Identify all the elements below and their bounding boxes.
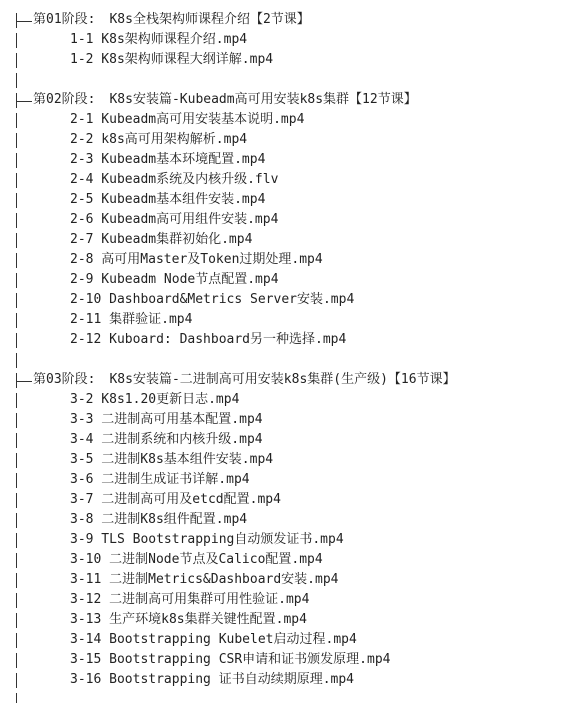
tree-line-icon — [16, 53, 17, 68]
list-item: 2-3 Kubeadm基本环境配置.mp4 — [13, 150, 573, 170]
lesson-file: 3-3 二进制高可用基本配置.mp4 — [70, 410, 263, 430]
lesson-file: 3-8 二进制K8s组件配置.mp4 — [70, 510, 247, 530]
tree-line-icon — [16, 633, 17, 648]
list-item: 2-5 Kubeadm基本组件安装.mp4 — [13, 190, 573, 210]
list-item: 3-4 二进制系统和内核升级.mp4 — [13, 430, 573, 450]
list-item: 3-13 生产环境k8s集群关键性配置.mp4 — [13, 610, 573, 630]
lesson-file: 2-9 Kubeadm Node节点配置.mp4 — [70, 270, 279, 290]
list-item: 2-11 集群验证.mp4 — [13, 310, 573, 330]
lesson-file: 2-6 Kubeadm高可用组件安装.mp4 — [70, 210, 278, 230]
lesson-file: 2-12 Kuboard: Dashboard另一种选择.mp4 — [70, 330, 346, 350]
lesson-file: 1-1 K8s架构师课程介绍.mp4 — [70, 30, 247, 50]
list-item: 2-4 Kubeadm系统及内核升级.flv — [13, 170, 573, 190]
list-item: 2-7 Kubeadm集群初始化.mp4 — [13, 230, 573, 250]
tree-branch-icon — [16, 373, 17, 388]
tree-line-icon — [16, 513, 17, 528]
list-item: 3-11 二进制Metrics&Dashboard安装.mp4 — [13, 570, 573, 590]
lesson-file: 2-2 k8s高可用架构解析.mp4 — [70, 130, 247, 150]
list-item: 3-14 Bootstrapping Kubelet启动过程.mp4 — [13, 630, 573, 650]
list-item: 2-8 高可用Master及Token过期处理.mp4 — [13, 250, 573, 270]
tree-line-icon — [16, 493, 17, 508]
tree-spacer — [13, 690, 573, 703]
stage-label: 第02阶段: — [33, 92, 95, 107]
tree-line-icon — [16, 153, 17, 168]
tree-branch-icon — [16, 93, 17, 108]
tree-line-icon — [16, 593, 17, 608]
tree-line-icon — [16, 193, 17, 208]
list-item: 3-12 二进制高可用集群可用性验证.mp4 — [13, 590, 573, 610]
tree-line-icon — [16, 613, 17, 628]
lesson-file: 3-16 Bootstrapping 证书自动续期原理.mp4 — [70, 670, 354, 690]
tree-line-icon — [16, 353, 17, 368]
tree-line-icon — [16, 173, 17, 188]
tree-line-icon — [16, 273, 17, 288]
lesson-file: 3-13 生产环境k8s集群关键性配置.mp4 — [70, 610, 307, 630]
stage-title: K8s全栈架构师课程介绍【2节课】 — [109, 12, 309, 27]
lesson-file: 3-6 二进制生成证书详解.mp4 — [70, 470, 250, 490]
tree-line-icon — [16, 673, 17, 688]
lesson-file: 3-15 Bootstrapping CSR申请和证书颁发原理.mp4 — [70, 650, 391, 670]
lesson-file: 2-10 Dashboard&Metrics Server安装.mp4 — [70, 290, 354, 310]
stage-heading: 第03阶段:K8s安装篇-二进制高可用安装k8s集群(生产级)【16节课】 — [13, 370, 573, 390]
tree-line-icon — [16, 133, 17, 148]
tree-line-icon — [16, 313, 17, 328]
tree-line-icon — [16, 73, 17, 88]
list-item: 3-3 二进制高可用基本配置.mp4 — [13, 410, 573, 430]
tree-line-icon — [16, 573, 17, 588]
lesson-file: 3-5 二进制K8s基本组件安装.mp4 — [70, 450, 273, 470]
lesson-file: 3-14 Bootstrapping Kubelet启动过程.mp4 — [70, 630, 357, 650]
list-item: 2-12 Kuboard: Dashboard另一种选择.mp4 — [13, 330, 573, 350]
list-item: 2-2 k8s高可用架构解析.mp4 — [13, 130, 573, 150]
lesson-file: 3-11 二进制Metrics&Dashboard安装.mp4 — [70, 570, 339, 590]
lesson-file: 2-11 集群验证.mp4 — [70, 310, 192, 330]
list-item: 3-7 二进制高可用及etcd配置.mp4 — [13, 490, 573, 510]
lesson-file: 3-12 二进制高可用集群可用性验证.mp4 — [70, 590, 309, 610]
tree-line-icon — [16, 233, 17, 248]
lesson-file: 2-1 Kubeadm高可用安装基本说明.mp4 — [70, 110, 304, 130]
tree-line-icon — [16, 213, 17, 228]
tree-line-icon — [16, 33, 17, 48]
lesson-file: 1-2 K8s架构师课程大纲详解.mp4 — [70, 50, 273, 70]
course-outline-tree: 第01阶段:K8s全栈架构师课程介绍【2节课】 1-1 K8s架构师课程介绍.m… — [13, 10, 573, 703]
list-item: 3-15 Bootstrapping CSR申请和证书颁发原理.mp4 — [13, 650, 573, 670]
list-item: 2-1 Kubeadm高可用安装基本说明.mp4 — [13, 110, 573, 130]
list-item: 1-1 K8s架构师课程介绍.mp4 — [13, 30, 573, 50]
tree-line-icon — [16, 653, 17, 668]
lesson-file: 3-10 二进制Node节点及Calico配置.mp4 — [70, 550, 323, 570]
tree-spacer — [13, 70, 573, 90]
list-item: 1-2 K8s架构师课程大纲详解.mp4 — [13, 50, 573, 70]
list-item: 3-2 K8s1.20更新日志.mp4 — [13, 390, 573, 410]
lesson-file: 2-3 Kubeadm基本环境配置.mp4 — [70, 150, 265, 170]
tree-line-icon — [16, 433, 17, 448]
lesson-file: 3-7 二进制高可用及etcd配置.mp4 — [70, 490, 281, 510]
tree-branch-icon — [16, 13, 17, 28]
stage-heading: 第01阶段:K8s全栈架构师课程介绍【2节课】 — [13, 10, 573, 30]
tree-line-icon — [16, 553, 17, 568]
tree-line-icon — [16, 113, 17, 128]
stage-title: K8s安装篇-二进制高可用安装k8s集群(生产级)【16节课】 — [109, 372, 455, 387]
lesson-file: 2-4 Kubeadm系统及内核升级.flv — [70, 170, 278, 190]
stage-label: 第01阶段: — [33, 12, 95, 27]
tree-line-icon — [16, 413, 17, 428]
tree-line-icon — [16, 393, 17, 408]
tree-line-icon — [16, 333, 17, 348]
list-item: 3-5 二进制K8s基本组件安装.mp4 — [13, 450, 573, 470]
lesson-file: 2-5 Kubeadm基本组件安装.mp4 — [70, 190, 265, 210]
stage-heading: 第02阶段:K8s安装篇-Kubeadm高可用安装k8s集群【12节课】 — [13, 90, 573, 110]
stage-title: K8s安装篇-Kubeadm高可用安装k8s集群【12节课】 — [109, 92, 416, 107]
lesson-file: 3-9 TLS Bootstrapping自动颁发证书.mp4 — [70, 530, 344, 550]
list-item: 3-10 二进制Node节点及Calico配置.mp4 — [13, 550, 573, 570]
tree-line-icon — [16, 293, 17, 308]
list-item: 2-9 Kubeadm Node节点配置.mp4 — [13, 270, 573, 290]
tree-line-icon — [16, 473, 17, 488]
list-item: 2-6 Kubeadm高可用组件安装.mp4 — [13, 210, 573, 230]
tree-spacer — [13, 350, 573, 370]
stage-label: 第03阶段: — [33, 372, 95, 387]
lesson-file: 3-2 K8s1.20更新日志.mp4 — [70, 390, 239, 410]
tree-line-icon — [16, 693, 17, 703]
list-item: 3-8 二进制K8s组件配置.mp4 — [13, 510, 573, 530]
list-item: 3-16 Bootstrapping 证书自动续期原理.mp4 — [13, 670, 573, 690]
lesson-file: 2-8 高可用Master及Token过期处理.mp4 — [70, 250, 323, 270]
tree-line-icon — [16, 533, 17, 548]
tree-line-icon — [16, 453, 17, 468]
tree-line-icon — [16, 253, 17, 268]
list-item: 3-6 二进制生成证书详解.mp4 — [13, 470, 573, 490]
list-item: 2-10 Dashboard&Metrics Server安装.mp4 — [13, 290, 573, 310]
list-item: 3-9 TLS Bootstrapping自动颁发证书.mp4 — [13, 530, 573, 550]
lesson-file: 3-4 二进制系统和内核升级.mp4 — [70, 430, 263, 450]
lesson-file: 2-7 Kubeadm集群初始化.mp4 — [70, 230, 252, 250]
